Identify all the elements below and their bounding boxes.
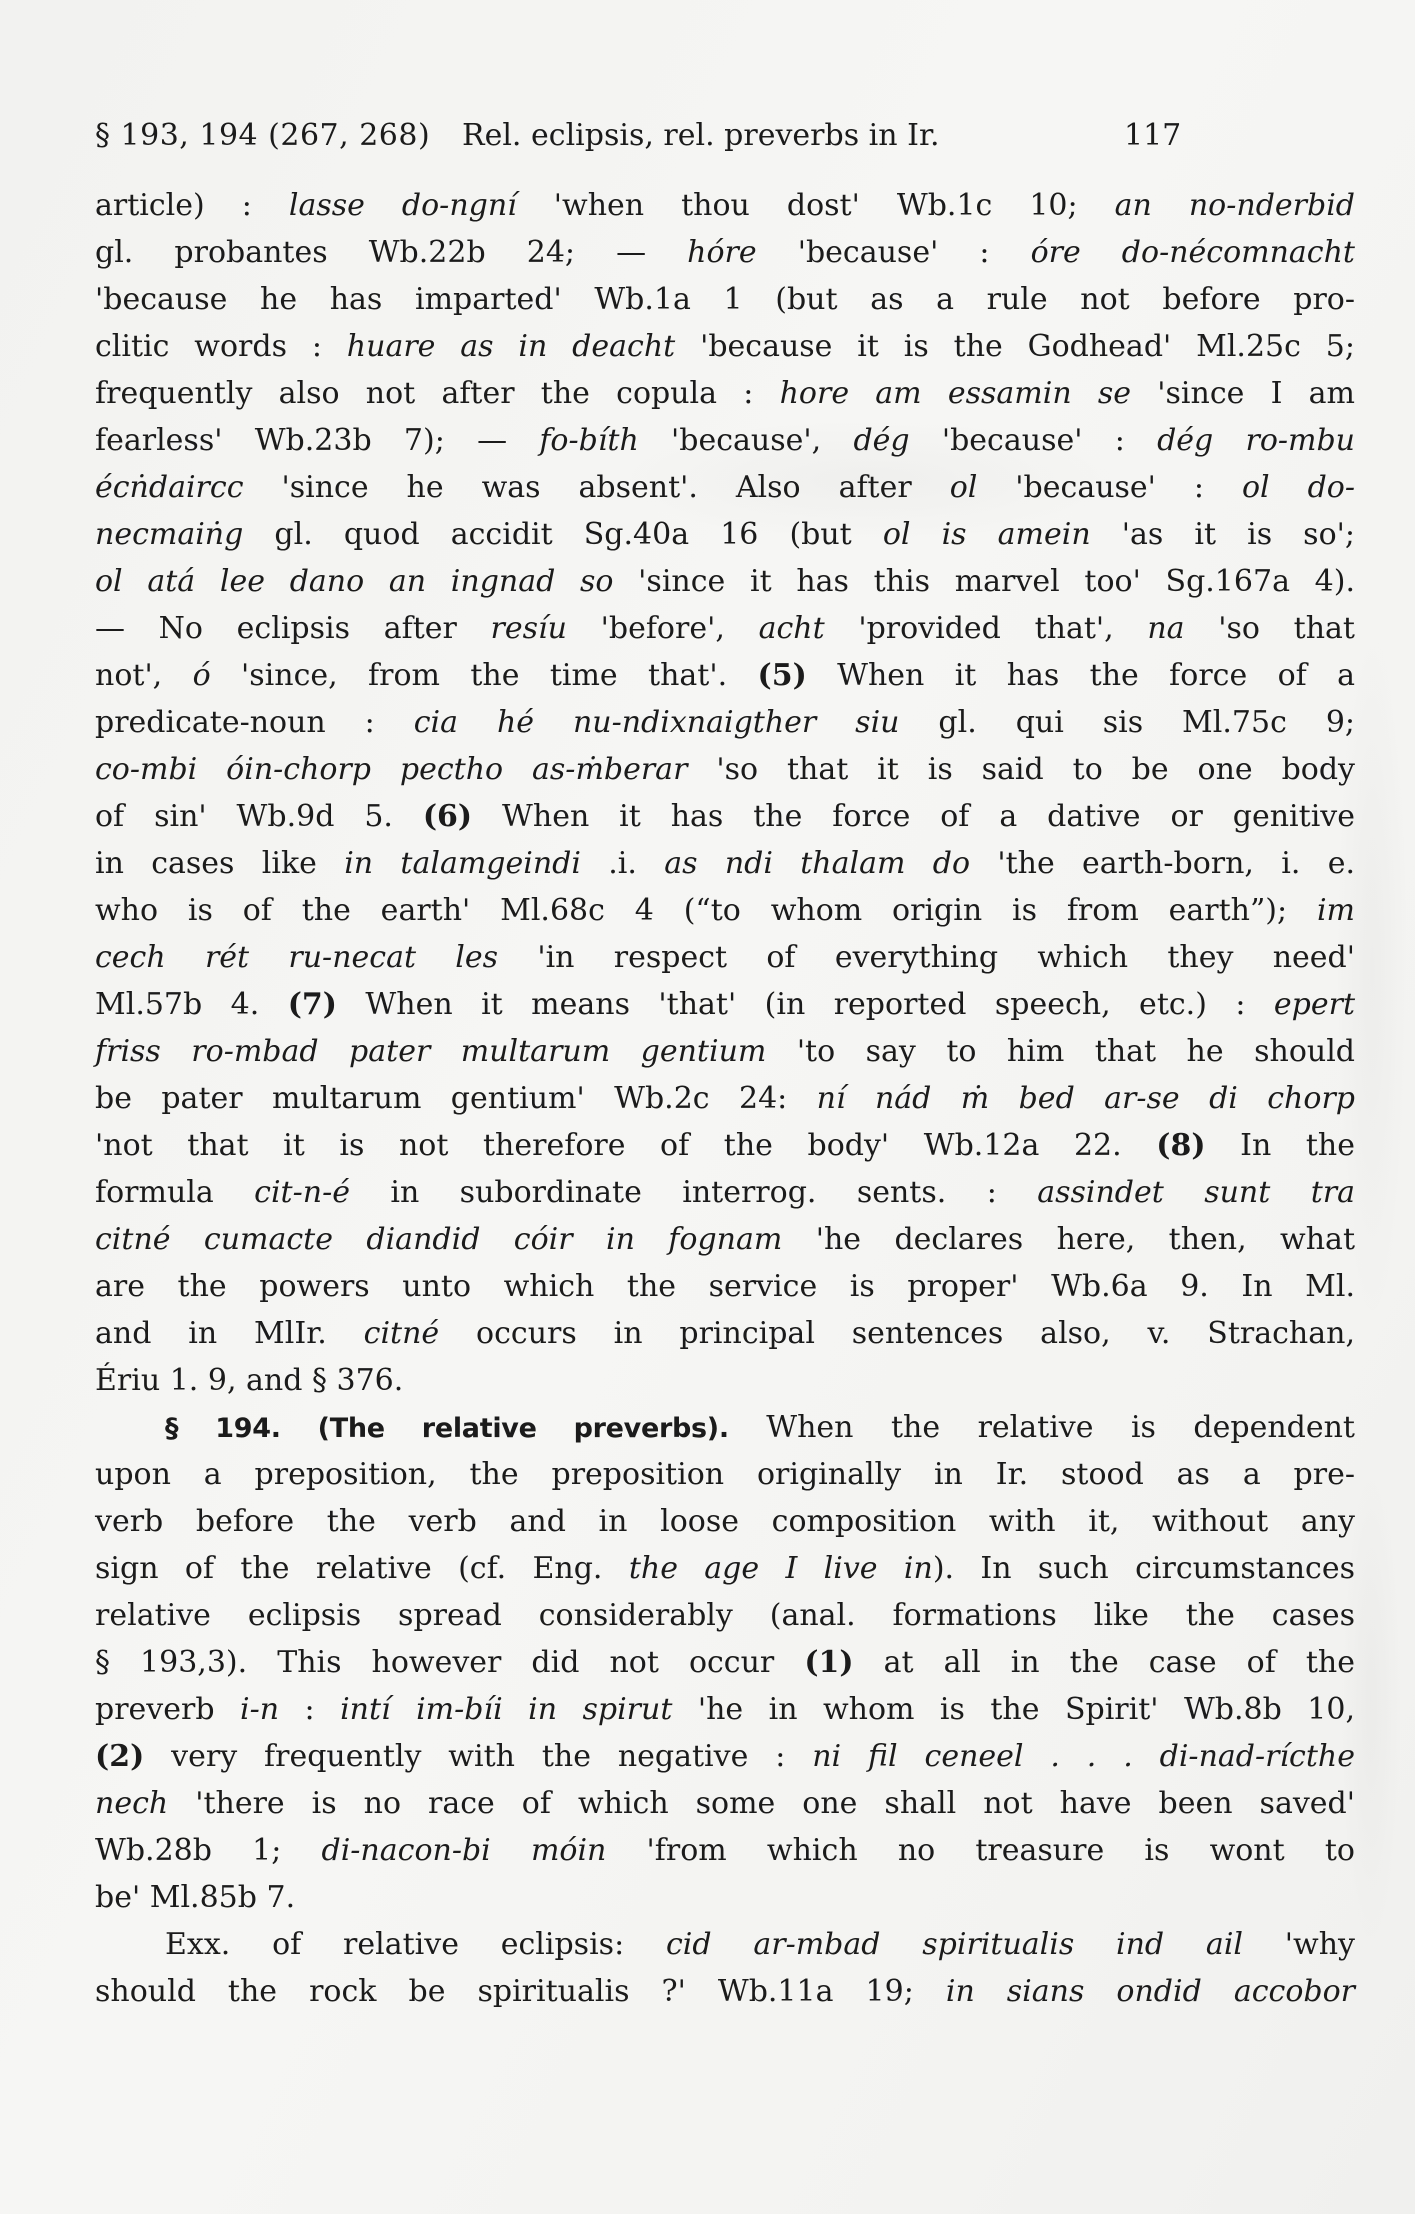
text-line: in cases like in talamgeindi .i. as ndi … (95, 840, 1355, 887)
text-run: 'since he was absent'. Also after (244, 470, 950, 505)
text-run: citné (364, 1316, 440, 1351)
text-run: fo-bíth (539, 423, 638, 458)
text-run: predicate-noun : (95, 705, 414, 740)
text-run: 'since it has this marvel too' Sg.167a 4… (613, 564, 1355, 599)
text-run: 'because' : (977, 470, 1242, 505)
text-line: verb before the verb and in loose compos… (95, 1498, 1355, 1545)
text-run: epert (1274, 987, 1355, 1022)
text-run: verb before the verb and in loose compos… (95, 1504, 1355, 1539)
text-line: Ériu 1. 9, and § 376. (95, 1357, 1355, 1404)
text-run: 'he in whom is the Spirit' Wb.8b 10, (672, 1692, 1355, 1727)
text-run: 'so that it is said to be one body (687, 752, 1355, 787)
text-line: — No eclipsis after resíu 'before', acht… (95, 605, 1355, 652)
text-run: 'why (1243, 1927, 1355, 1962)
text-line: necmaiṅg gl. quod accidit Sg.40a 16 (but… (95, 511, 1355, 558)
text-run: im (1317, 893, 1355, 928)
text-run: Wb.28b 1; (95, 1833, 322, 1868)
text-run: di-nacon-bi móin (322, 1833, 607, 1868)
text-run: fearless' Wb.23b 7); — (95, 423, 539, 458)
text-run: 'he declares here, then, what (782, 1222, 1355, 1257)
text-run: ol (950, 470, 978, 505)
text-run: cech rét ru-necat les (95, 940, 498, 975)
text-run: who is of the earth' Ml.68c 4 (“to whom … (95, 893, 1317, 928)
text-run: necmaiṅg (95, 517, 243, 552)
text-line: predicate-noun : cia hé nu-ndixnaigther … (95, 699, 1355, 746)
text-run: 'because' : (910, 423, 1157, 458)
text-run: ni fil ceneel . . . di-nad-rícthe (812, 1739, 1355, 1774)
text-run: and in MlIr. (95, 1316, 364, 1351)
page-number: 117 (1124, 114, 1181, 158)
text-line: and in MlIr. citné occurs in principal s… (95, 1310, 1355, 1357)
text-line: formula cit-n-é in subordinate interrog.… (95, 1169, 1355, 1216)
text-run: gl. qui sis Ml.75c 9; (900, 705, 1356, 740)
text-run: 'since, from the time that'. (211, 658, 758, 693)
text-run: Ériu 1. 9, and § 376. (95, 1363, 403, 1398)
text-line: gl. probantes Wb.22b 24; — hóre 'because… (95, 229, 1355, 276)
text-line: be' Ml.85b 7. (95, 1874, 1355, 1921)
text-line: frequently also not after the copula : h… (95, 370, 1355, 417)
text-line: fearless' Wb.23b 7); — fo-bíth 'because'… (95, 417, 1355, 464)
text-run: cid ar-mbad spiritualis ind ail (666, 1927, 1243, 1962)
text-run: gl. probantes Wb.22b 24; — (95, 235, 687, 270)
text-line: who is of the earth' Ml.68c 4 (“to whom … (95, 887, 1355, 934)
text-run: cia hé nu-ndixnaigther siu (414, 705, 900, 740)
text-run: § 193,3). This however did not occur (95, 1645, 804, 1680)
text-run: citné cumacte diandid cóir in fognam (95, 1222, 782, 1257)
text-run: formula (95, 1175, 254, 1210)
text-run: an no-nderbid (1115, 188, 1355, 223)
text-run: acht (759, 611, 825, 646)
text-run: ). In such circumstances (933, 1551, 1355, 1586)
text-run: relative eclipsis spread considerably (a… (95, 1598, 1355, 1633)
text-run: occurs in principal sentences also, v. S… (439, 1316, 1355, 1351)
text-run: When it means 'that' (in reported speech… (337, 987, 1274, 1022)
text-run: 'provided that', (825, 611, 1148, 646)
text-line: of sin' Wb.9d 5. (6) When it has the for… (95, 793, 1355, 840)
text-run: gl. quod accidit Sg.40a 16 (but (243, 517, 882, 552)
text-line: be pater multarum gentium' Wb.2c 24: ní … (95, 1075, 1355, 1122)
text-line: friss ro-mbad pater multarum gentium 'to… (95, 1028, 1355, 1075)
text-line: 'not that it is not therefore of the bod… (95, 1122, 1355, 1169)
text-run: cit-n-é (254, 1175, 350, 1210)
text-run: — No eclipsis after (95, 611, 491, 646)
text-line: co-mbi óin-chorp pectho as-ṁberar 'so th… (95, 746, 1355, 793)
text-run: ó (193, 658, 211, 693)
text-line: article) : lasse do-ngní 'when thou dost… (95, 182, 1355, 229)
text-run: ol is amein (883, 517, 1091, 552)
text-run: in subordinate interrog. sents. : (350, 1175, 1037, 1210)
text-run: very frequently with the negative : (144, 1739, 812, 1774)
text-run: 'so that (1185, 611, 1355, 646)
text-line: sign of the relative (cf. Eng. the age I… (95, 1545, 1355, 1592)
text-run: in cases like (95, 846, 344, 881)
text-run: are the powers unto which the service is… (95, 1269, 1355, 1304)
text-run: upon a preposition, the preposition orig… (95, 1457, 1355, 1492)
text-line: Ml.57b 4. (7) When it means 'that' (in r… (95, 981, 1355, 1028)
text-run: 'to say to him that he should (766, 1034, 1355, 1069)
text-line: (2) very frequently with the negative : … (95, 1733, 1355, 1780)
text-run: article) : (95, 188, 289, 223)
text-line: § 193,3). This however did not occur (1)… (95, 1639, 1355, 1686)
text-run: Exx. of relative eclipsis: (165, 1927, 666, 1962)
text-run: When it has the force of a (807, 658, 1355, 693)
text-line: § 194. (The relative preverbs). When the… (95, 1404, 1355, 1451)
text-run: dég ro-mbu (1157, 423, 1355, 458)
text-run: be' Ml.85b 7. (95, 1880, 295, 1915)
text-line: not', ó 'since, from the time that'. (5)… (95, 652, 1355, 699)
text-run: When it has the force of a dative or gen… (472, 799, 1355, 834)
text-line: ol atá lee dano an ingnad so 'since it h… (95, 558, 1355, 605)
text-run: 'not that it is not therefore of the bod… (95, 1128, 1156, 1163)
text-run: (7) (288, 987, 337, 1022)
text-run: (2) (95, 1739, 144, 1774)
text-run: 'because it is the Godhead' Ml.25c 5; (675, 329, 1355, 364)
text-line: Wb.28b 1; di-nacon-bi móin 'from which n… (95, 1827, 1355, 1874)
text-run: the age I live in (629, 1551, 933, 1586)
text-run: 'because he has imparted' Wb.1a 1 (but a… (95, 282, 1355, 317)
text-run: at all in the case of the (854, 1645, 1355, 1680)
text-run: .i. (581, 846, 664, 881)
text-run: should the rock be spiritualis ?' Wb.11a… (95, 1974, 946, 2009)
text-run: (1) (804, 1645, 853, 1680)
text-run: When the relative is dependent (729, 1410, 1355, 1445)
text-run: 'the earth-born, i. e. (970, 846, 1355, 881)
text-run: (8) (1156, 1128, 1205, 1163)
text-run: écṅdaircc (95, 470, 244, 505)
text-run: as ndi thalam do (664, 846, 970, 881)
text-run: : (279, 1692, 340, 1727)
text-run: 'when thou dost' Wb.1c 10; (517, 188, 1115, 223)
text-run: not', (95, 658, 193, 693)
body-text: article) : lasse do-ngní 'when thou dost… (95, 182, 1355, 2015)
text-run: 'as it is so'; (1091, 517, 1355, 552)
book-page: § 193, 194 (267, 268) Rel. eclipsis, rel… (0, 0, 1415, 2214)
text-line: relative eclipsis spread considerably (a… (95, 1592, 1355, 1639)
text-run: 'in respect of everything which they nee… (498, 940, 1355, 975)
text-line: écṅdaircc 'since he was absent'. Also af… (95, 464, 1355, 511)
text-run: hore am essamin se (780, 376, 1131, 411)
text-line: preverb i-n : intí im-bíi in spirut 'he … (95, 1686, 1355, 1733)
text-run: frequently also not after the copula : (95, 376, 780, 411)
text-run: clitic words : (95, 329, 347, 364)
text-run: be pater multarum gentium' Wb.2c 24: (95, 1081, 817, 1116)
text-run: (6) (423, 799, 472, 834)
text-line: clitic words : huare as in deacht 'becau… (95, 323, 1355, 370)
text-run: ní nád ṁ bed ar-se di chorp (817, 1081, 1355, 1116)
text-run: i-n (240, 1692, 279, 1727)
text-line: upon a preposition, the preposition orig… (95, 1451, 1355, 1498)
text-run: resíu (491, 611, 567, 646)
text-run: nech (95, 1786, 168, 1821)
text-run: (5) (758, 658, 807, 693)
text-run: preverb (95, 1692, 240, 1727)
text-line: Exx. of relative eclipsis: cid ar-mbad s… (95, 1921, 1355, 1968)
text-line: are the powers unto which the service is… (95, 1263, 1355, 1310)
text-run: 'there is no race of which some one shal… (168, 1786, 1355, 1821)
text-run: 'since I am (1131, 376, 1355, 411)
text-run: dég (853, 423, 909, 458)
text-line: nech 'there is no race of which some one… (95, 1780, 1355, 1827)
text-run: ol do- (1242, 470, 1355, 505)
text-run: assindet sunt tra (1037, 1175, 1355, 1210)
text-line: citné cumacte diandid cóir in fognam 'he… (95, 1216, 1355, 1263)
text-run: na (1147, 611, 1184, 646)
text-run: co-mbi óin-chorp pectho as-ṁberar (95, 752, 687, 787)
text-run: hóre (687, 235, 756, 270)
text-run: intí im-bíi in spirut (340, 1692, 672, 1727)
text-run: 'from which no treasure is wont to (606, 1833, 1355, 1868)
text-run: 'because', (639, 423, 854, 458)
text-run: 'because' : (757, 235, 1031, 270)
text-run: 'before', (567, 611, 759, 646)
running-title: Rel. eclipsis, rel. preverbs in Ir. (462, 114, 940, 158)
text-run: in talamgeindi (344, 846, 581, 881)
text-line: 'because he has imparted' Wb.1a 1 (but a… (95, 276, 1355, 323)
section-reference: § 193, 194 (267, 268) (95, 114, 430, 158)
text-run: ol atá lee dano an ingnad so (95, 564, 613, 599)
text-line: cech rét ru-necat les 'in respect of eve… (95, 934, 1355, 981)
text-run: óre do-nécomnacht (1031, 235, 1355, 270)
text-run: of sin' Wb.9d 5. (95, 799, 423, 834)
text-run: In the (1206, 1128, 1355, 1163)
text-run: friss ro-mbad pater multarum gentium (95, 1034, 766, 1069)
text-run: in sians ondid accobor (946, 1974, 1355, 2009)
text-run: huare as in deacht (347, 329, 675, 364)
text-run: sign of the relative (cf. Eng. (95, 1551, 629, 1586)
text-line: should the rock be spiritualis ?' Wb.11a… (95, 1968, 1355, 2015)
section-heading-run: § 194. (The relative preverbs). (165, 1413, 729, 1444)
text-run: Ml.57b 4. (95, 987, 288, 1022)
text-run: lasse do-ngní (289, 188, 517, 223)
running-header: § 193, 194 (267, 268) Rel. eclipsis, rel… (0, 114, 1415, 161)
